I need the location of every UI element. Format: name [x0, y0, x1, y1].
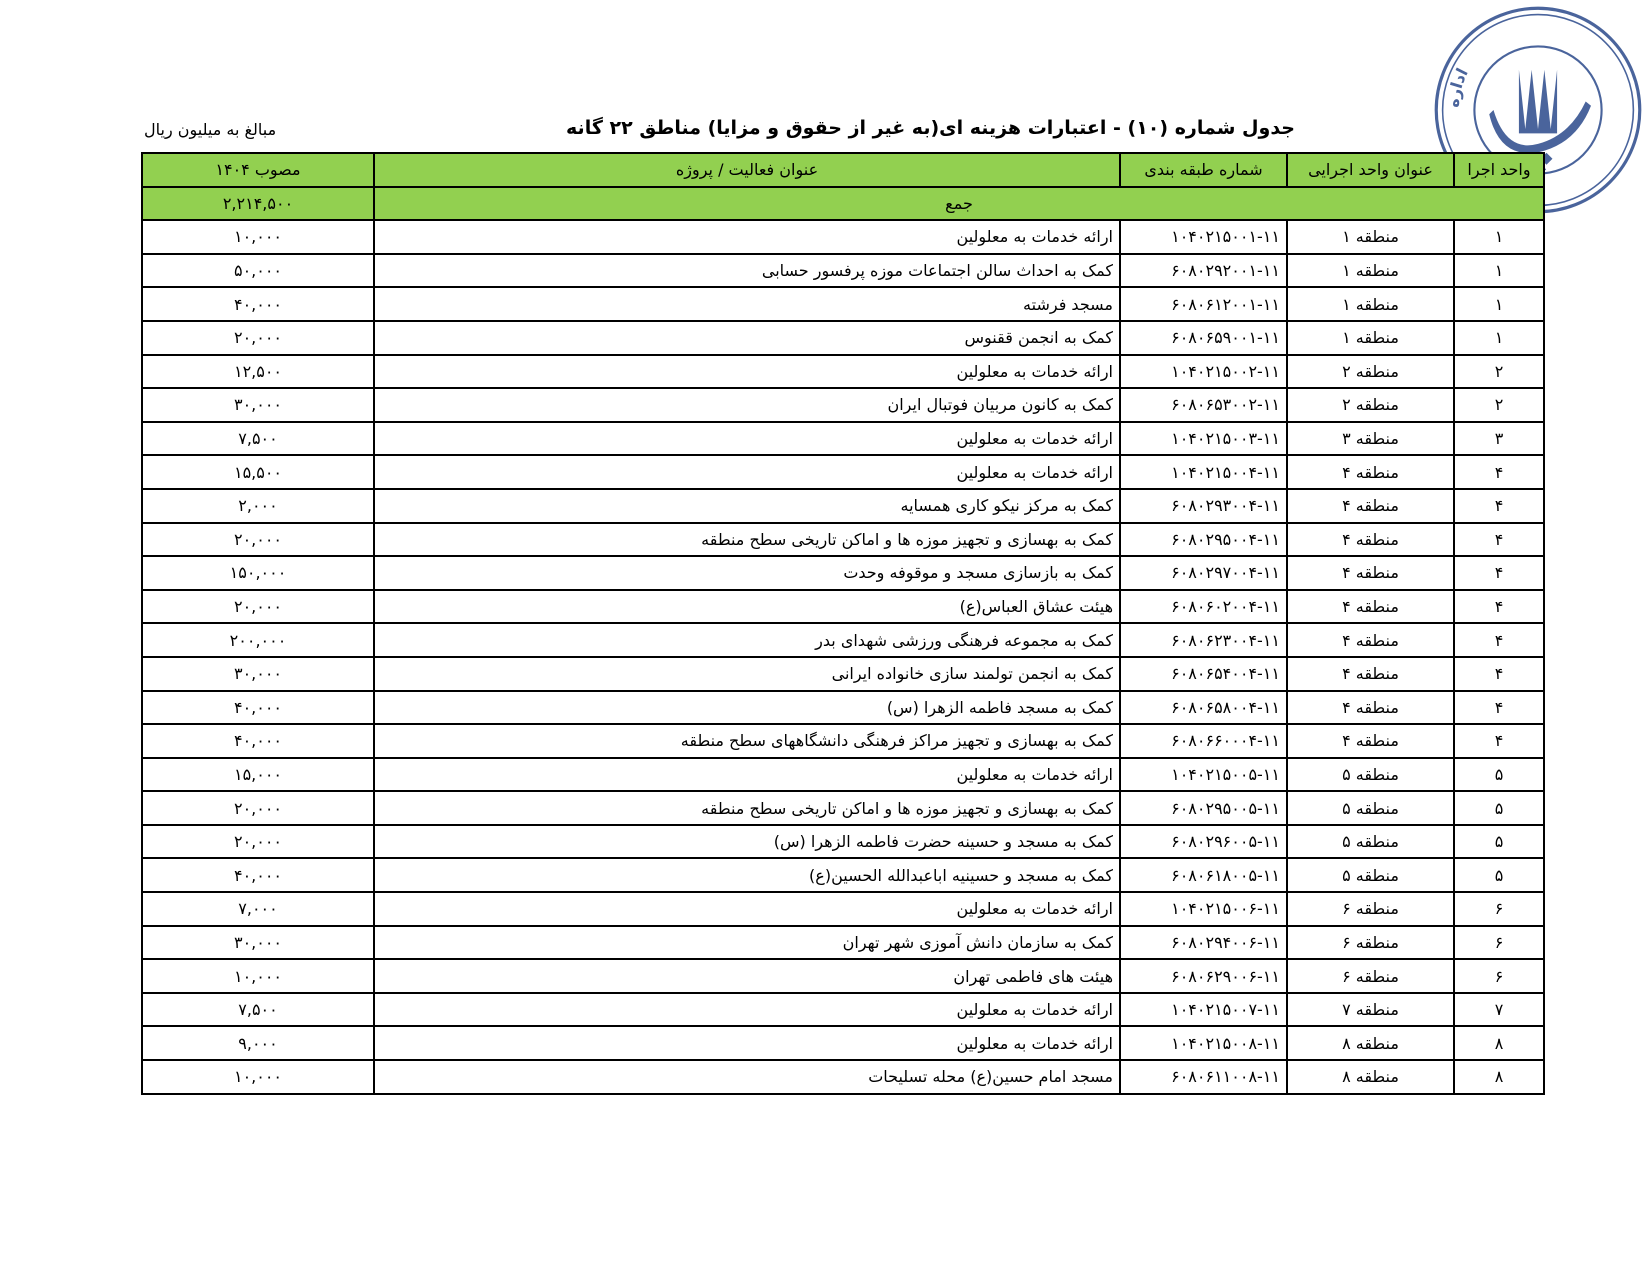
table-row: ۴منطقه ۴۶۰۸۰۶۵۸۰۰۴-۱۱کمک به مسجد فاطمه ا… [142, 691, 1544, 725]
cell-activity-title: ارائه خدمات به معلولین [374, 993, 1120, 1027]
cell-approved-amount: ۷,۰۰۰ [142, 892, 374, 926]
col-header-activity-title: عنوان فعالیت / پروژه [374, 153, 1120, 187]
cell-activity-title: کمک به مرکز نیکو کاری همسایه [374, 489, 1120, 523]
cell-exec-unit: منطقه ۷ [1287, 993, 1454, 1027]
cell-classification-code: ۶۰۸۰۲۹۵۰۰۵-۱۱ [1120, 791, 1287, 825]
table-row: ۶منطقه ۶۶۰۸۰۶۲۹۰۰۶-۱۱هیئت های فاطمی تهرا… [142, 959, 1544, 993]
cell-classification-code: ۶۰۸۰۶۵۴۰۰۴-۱۱ [1120, 657, 1287, 691]
cell-classification-code: ۱۰۴۰۲۱۵۰۰۸-۱۱ [1120, 1026, 1287, 1060]
cell-exec-unit-no: ۱ [1454, 321, 1544, 355]
cell-activity-title: ارائه خدمات به معلولین [374, 455, 1120, 489]
cell-exec-unit-no: ۴ [1454, 523, 1544, 557]
cell-approved-amount: ۷,۵۰۰ [142, 422, 374, 456]
table-row: ۴منطقه ۴۱۰۴۰۲۱۵۰۰۴-۱۱ارائه خدمات به معلو… [142, 455, 1544, 489]
cell-exec-unit: منطقه ۸ [1287, 1026, 1454, 1060]
cell-exec-unit-no: ۷ [1454, 993, 1544, 1027]
cell-classification-code: ۶۰۸۰۶۱۱۰۰۸-۱۱ [1120, 1060, 1287, 1094]
cell-exec-unit-no: ۴ [1454, 691, 1544, 725]
cell-exec-unit: منطقه ۱ [1287, 287, 1454, 321]
cell-exec-unit-no: ۸ [1454, 1026, 1544, 1060]
cell-classification-code: ۶۰۸۰۲۹۵۰۰۴-۱۱ [1120, 523, 1287, 557]
units-note: مبالغ به میلیون ریال [144, 120, 276, 139]
cell-classification-code: ۶۰۸۰۶۵۳۰۰۲-۱۱ [1120, 388, 1287, 422]
cell-activity-title: کمک به مسجد و حسینیه اباعبدالله الحسین(ع… [374, 858, 1120, 892]
cell-activity-title: کمک به بهسازی و تجهیز موزه ها و اماکن تا… [374, 791, 1120, 825]
cell-activity-title: کمک به بهسازی و تجهیز مراکز فرهنگی دانشگ… [374, 724, 1120, 758]
cell-exec-unit: منطقه ۲ [1287, 355, 1454, 389]
cell-activity-title: کمک به سازمان دانش آموزی شهر تهران [374, 926, 1120, 960]
cell-classification-code: ۱۰۴۰۲۱۵۰۰۱-۱۱ [1120, 220, 1287, 254]
cell-exec-unit: منطقه ۴ [1287, 556, 1454, 590]
cell-approved-amount: ۳۰,۰۰۰ [142, 657, 374, 691]
table-row: ۱منطقه ۱۶۰۸۰۶۱۲۰۰۱-۱۱مسجد فرشته۴۰,۰۰۰ [142, 287, 1544, 321]
cell-exec-unit: منطقه ۵ [1287, 758, 1454, 792]
cell-exec-unit: منطقه ۶ [1287, 959, 1454, 993]
cell-activity-title: ارائه خدمات به معلولین [374, 892, 1120, 926]
cell-approved-amount: ۴۰,۰۰۰ [142, 691, 374, 725]
cell-exec-unit-no: ۲ [1454, 355, 1544, 389]
cell-approved-amount: ۳۰,۰۰۰ [142, 926, 374, 960]
cell-exec-unit: منطقه ۴ [1287, 523, 1454, 557]
cell-classification-code: ۶۰۸۰۲۹۲۰۰۱-۱۱ [1120, 254, 1287, 288]
cell-exec-unit: منطقه ۴ [1287, 691, 1454, 725]
cell-exec-unit: منطقه ۴ [1287, 657, 1454, 691]
cell-activity-title: ارائه خدمات به معلولین [374, 758, 1120, 792]
cell-exec-unit-no: ۴ [1454, 590, 1544, 624]
cell-activity-title: مسجد امام حسین(ع) محله تسلیحات [374, 1060, 1120, 1094]
page-title: جدول شماره (۱۰) - اعتبارات هزینه ای(به غ… [566, 117, 1295, 139]
cell-exec-unit: منطقه ۱ [1287, 220, 1454, 254]
cell-classification-code: ۶۰۸۰۶۰۲۰۰۴-۱۱ [1120, 590, 1287, 624]
cell-exec-unit: منطقه ۲ [1287, 388, 1454, 422]
cell-classification-code: ۶۰۸۰۲۹۳۰۰۴-۱۱ [1120, 489, 1287, 523]
cell-exec-unit-no: ۱ [1454, 287, 1544, 321]
cell-exec-unit-no: ۶ [1454, 959, 1544, 993]
table-row: ۱منطقه ۱۶۰۸۰۶۵۹۰۰۱-۱۱کمک به انجمن ققنوس۲… [142, 321, 1544, 355]
cell-activity-title: ارائه خدمات به معلولین [374, 422, 1120, 456]
cell-approved-amount: ۳۰,۰۰۰ [142, 388, 374, 422]
cell-exec-unit: منطقه ۳ [1287, 422, 1454, 456]
table-row: ۵منطقه ۵۶۰۸۰۲۹۵۰۰۵-۱۱کمک به بهسازی و تجه… [142, 791, 1544, 825]
cell-classification-code: ۱۰۴۰۲۱۵۰۰۷-۱۱ [1120, 993, 1287, 1027]
cell-exec-unit-no: ۵ [1454, 858, 1544, 892]
cell-approved-amount: ۴۰,۰۰۰ [142, 724, 374, 758]
table-row: ۱منطقه ۱۱۰۴۰۲۱۵۰۰۱-۱۱ارائه خدمات به معلو… [142, 220, 1544, 254]
cell-activity-title: کمک به مسجد و حسینه حضرت فاطمه الزهرا (س… [374, 825, 1120, 859]
cell-classification-code: ۶۰۸۰۲۹۷۰۰۴-۱۱ [1120, 556, 1287, 590]
cell-classification-code: ۱۰۴۰۲۱۵۰۰۶-۱۱ [1120, 892, 1287, 926]
cell-activity-title: مسجد فرشته [374, 287, 1120, 321]
table-row: ۳منطقه ۳۱۰۴۰۲۱۵۰۰۳-۱۱ارائه خدمات به معلو… [142, 422, 1544, 456]
cell-classification-code: ۶۰۸۰۶۲۳۰۰۴-۱۱ [1120, 623, 1287, 657]
cell-exec-unit: منطقه ۴ [1287, 455, 1454, 489]
table-row: ۸منطقه ۸۶۰۸۰۶۱۱۰۰۸-۱۱مسجد امام حسین(ع) م… [142, 1060, 1544, 1094]
table-row: ۴منطقه ۴۶۰۸۰۲۹۵۰۰۴-۱۱کمک به بهسازی و تجه… [142, 523, 1544, 557]
cell-activity-title: ارائه خدمات به معلولین [374, 1026, 1120, 1060]
cell-approved-amount: ۷,۵۰۰ [142, 993, 374, 1027]
cell-exec-unit-no: ۵ [1454, 825, 1544, 859]
cell-exec-unit: منطقه ۱ [1287, 254, 1454, 288]
cell-approved-amount: ۲,۰۰۰ [142, 489, 374, 523]
cell-activity-title: کمک به بازسازی مسجد و موقوفه وحدت [374, 556, 1120, 590]
cell-activity-title: هیئت عشاق العباس(ع) [374, 590, 1120, 624]
cell-exec-unit: منطقه ۶ [1287, 926, 1454, 960]
table-row: ۴منطقه ۴۶۰۸۰۶۲۳۰۰۴-۱۱کمک به مجموعه فرهنگ… [142, 623, 1544, 657]
total-amount: ۲,۲۱۴,۵۰۰ [142, 187, 374, 221]
table-row: ۴منطقه ۴۶۰۸۰۲۹۷۰۰۴-۱۱کمک به بازسازی مسجد… [142, 556, 1544, 590]
cell-approved-amount: ۲۰,۰۰۰ [142, 825, 374, 859]
table-row: ۸منطقه ۸۱۰۴۰۲۱۵۰۰۸-۱۱ارائه خدمات به معلو… [142, 1026, 1544, 1060]
cell-exec-unit: منطقه ۴ [1287, 489, 1454, 523]
col-header-classification-code: شماره طبقه بندی [1120, 153, 1287, 187]
cell-classification-code: ۶۰۸۰۲۹۶۰۰۵-۱۱ [1120, 825, 1287, 859]
budget-table: واحد اجرا عنوان واحد اجرایی شماره طبقه ب… [141, 152, 1545, 1095]
table-header-row: واحد اجرا عنوان واحد اجرایی شماره طبقه ب… [142, 153, 1544, 187]
cell-exec-unit-no: ۱ [1454, 254, 1544, 288]
table-row: ۴منطقه ۴۶۰۸۰۶۵۴۰۰۴-۱۱کمک به انجمن تولمند… [142, 657, 1544, 691]
cell-classification-code: ۱۰۴۰۲۱۵۰۰۲-۱۱ [1120, 355, 1287, 389]
cell-approved-amount: ۱۵,۵۰۰ [142, 455, 374, 489]
col-header-exec-unit: عنوان واحد اجرایی [1287, 153, 1454, 187]
cell-exec-unit-no: ۴ [1454, 657, 1544, 691]
table-row: ۶منطقه ۶۶۰۸۰۲۹۴۰۰۶-۱۱کمک به سازمان دانش … [142, 926, 1544, 960]
cell-activity-title: کمک به بهسازی و تجهیز موزه ها و اماکن تا… [374, 523, 1120, 557]
cell-exec-unit: منطقه ۵ [1287, 791, 1454, 825]
cell-exec-unit-no: ۳ [1454, 422, 1544, 456]
cell-approved-amount: ۱۵۰,۰۰۰ [142, 556, 374, 590]
cell-activity-title: کمک به انجمن تولمند سازی خانواده ایرانی [374, 657, 1120, 691]
cell-approved-amount: ۴۰,۰۰۰ [142, 287, 374, 321]
cell-approved-amount: ۲۰,۰۰۰ [142, 791, 374, 825]
cell-exec-unit-no: ۱ [1454, 220, 1544, 254]
cell-exec-unit-no: ۴ [1454, 455, 1544, 489]
cell-exec-unit: منطقه ۴ [1287, 623, 1454, 657]
table-row: ۵منطقه ۵۶۰۸۰۲۹۶۰۰۵-۱۱کمک به مسجد و حسینه… [142, 825, 1544, 859]
table-row: ۵منطقه ۵۶۰۸۰۶۱۸۰۰۵-۱۱کمک به مسجد و حسینی… [142, 858, 1544, 892]
col-header-exec-unit-no: واحد اجرا [1454, 153, 1544, 187]
cell-classification-code: ۶۰۸۰۶۲۹۰۰۶-۱۱ [1120, 959, 1287, 993]
table-row: ۴منطقه ۴۶۰۸۰۲۹۳۰۰۴-۱۱کمک به مرکز نیکو کا… [142, 489, 1544, 523]
table-row: ۷منطقه ۷۱۰۴۰۲۱۵۰۰۷-۱۱ارائه خدمات به معلو… [142, 993, 1544, 1027]
table-row: ۲منطقه ۲۶۰۸۰۶۵۳۰۰۲-۱۱کمک به کانون مربیان… [142, 388, 1544, 422]
col-header-approved-amount: مصوب ۱۴۰۴ [142, 153, 374, 187]
cell-classification-code: ۶۰۸۰۶۶۰۰۰۴-۱۱ [1120, 724, 1287, 758]
total-label: جمع [374, 187, 1544, 221]
cell-approved-amount: ۲۰,۰۰۰ [142, 321, 374, 355]
total-row: جمع ۲,۲۱۴,۵۰۰ [142, 187, 1544, 221]
cell-exec-unit-no: ۲ [1454, 388, 1544, 422]
table-row: ۱منطقه ۱۶۰۸۰۲۹۲۰۰۱-۱۱کمک به احداث سالن ا… [142, 254, 1544, 288]
cell-activity-title: کمک به مسجد فاطمه الزهرا (س) [374, 691, 1120, 725]
cell-classification-code: ۱۰۴۰۲۱۵۰۰۵-۱۱ [1120, 758, 1287, 792]
cell-exec-unit: منطقه ۶ [1287, 892, 1454, 926]
cell-exec-unit: منطقه ۴ [1287, 724, 1454, 758]
cell-exec-unit-no: ۶ [1454, 892, 1544, 926]
cell-approved-amount: ۲۰,۰۰۰ [142, 590, 374, 624]
cell-approved-amount: ۲۰,۰۰۰ [142, 523, 374, 557]
cell-exec-unit-no: ۴ [1454, 489, 1544, 523]
cell-exec-unit-no: ۴ [1454, 556, 1544, 590]
cell-approved-amount: ۱۵,۰۰۰ [142, 758, 374, 792]
cell-activity-title: کمک به انجمن ققنوس [374, 321, 1120, 355]
cell-approved-amount: ۲۰۰,۰۰۰ [142, 623, 374, 657]
cell-activity-title: ارائه خدمات به معلولین [374, 355, 1120, 389]
cell-activity-title: کمک به مجموعه فرهنگی ورزشی شهدای بدر [374, 623, 1120, 657]
cell-activity-title: هیئت های فاطمی تهران [374, 959, 1120, 993]
cell-exec-unit-no: ۴ [1454, 623, 1544, 657]
cell-approved-amount: ۵۰,۰۰۰ [142, 254, 374, 288]
cell-exec-unit: منطقه ۸ [1287, 1060, 1454, 1094]
table-row: ۴منطقه ۴۶۰۸۰۶۰۲۰۰۴-۱۱هیئت عشاق العباس(ع)… [142, 590, 1544, 624]
cell-exec-unit-no: ۴ [1454, 724, 1544, 758]
cell-activity-title: کمک به کانون مربیان فوتبال ایران [374, 388, 1120, 422]
cell-approved-amount: ۱۰,۰۰۰ [142, 1060, 374, 1094]
table-row: ۵منطقه ۵۱۰۴۰۲۱۵۰۰۵-۱۱ارائه خدمات به معلو… [142, 758, 1544, 792]
cell-exec-unit: منطقه ۵ [1287, 825, 1454, 859]
table-row: ۶منطقه ۶۱۰۴۰۲۱۵۰۰۶-۱۱ارائه خدمات به معلو… [142, 892, 1544, 926]
cell-classification-code: ۱۰۴۰۲۱۵۰۰۴-۱۱ [1120, 455, 1287, 489]
cell-exec-unit-no: ۶ [1454, 926, 1544, 960]
table-row: ۲منطقه ۲۱۰۴۰۲۱۵۰۰۲-۱۱ارائه خدمات به معلو… [142, 355, 1544, 389]
cell-approved-amount: ۹,۰۰۰ [142, 1026, 374, 1060]
cell-exec-unit: منطقه ۴ [1287, 590, 1454, 624]
cell-classification-code: ۱۰۴۰۲۱۵۰۰۳-۱۱ [1120, 422, 1287, 456]
cell-exec-unit: منطقه ۵ [1287, 858, 1454, 892]
cell-classification-code: ۶۰۸۰۶۵۹۰۰۱-۱۱ [1120, 321, 1287, 355]
cell-exec-unit-no: ۵ [1454, 791, 1544, 825]
cell-exec-unit-no: ۸ [1454, 1060, 1544, 1094]
cell-exec-unit: منطقه ۱ [1287, 321, 1454, 355]
cell-exec-unit-no: ۵ [1454, 758, 1544, 792]
cell-activity-title: کمک به احداث سالن اجتماعات موزه پرفسور ح… [374, 254, 1120, 288]
cell-classification-code: ۶۰۸۰۶۱۲۰۰۱-۱۱ [1120, 287, 1287, 321]
cell-classification-code: ۶۰۸۰۶۵۸۰۰۴-۱۱ [1120, 691, 1287, 725]
cell-classification-code: ۶۰۸۰۲۹۴۰۰۶-۱۱ [1120, 926, 1287, 960]
cell-classification-code: ۶۰۸۰۶۱۸۰۰۵-۱۱ [1120, 858, 1287, 892]
cell-approved-amount: ۴۰,۰۰۰ [142, 858, 374, 892]
cell-approved-amount: ۱۰,۰۰۰ [142, 220, 374, 254]
table-row: ۴منطقه ۴۶۰۸۰۶۶۰۰۰۴-۱۱کمک به بهسازی و تجه… [142, 724, 1544, 758]
cell-approved-amount: ۱۲,۵۰۰ [142, 355, 374, 389]
cell-activity-title: ارائه خدمات به معلولین [374, 220, 1120, 254]
cell-approved-amount: ۱۰,۰۰۰ [142, 959, 374, 993]
